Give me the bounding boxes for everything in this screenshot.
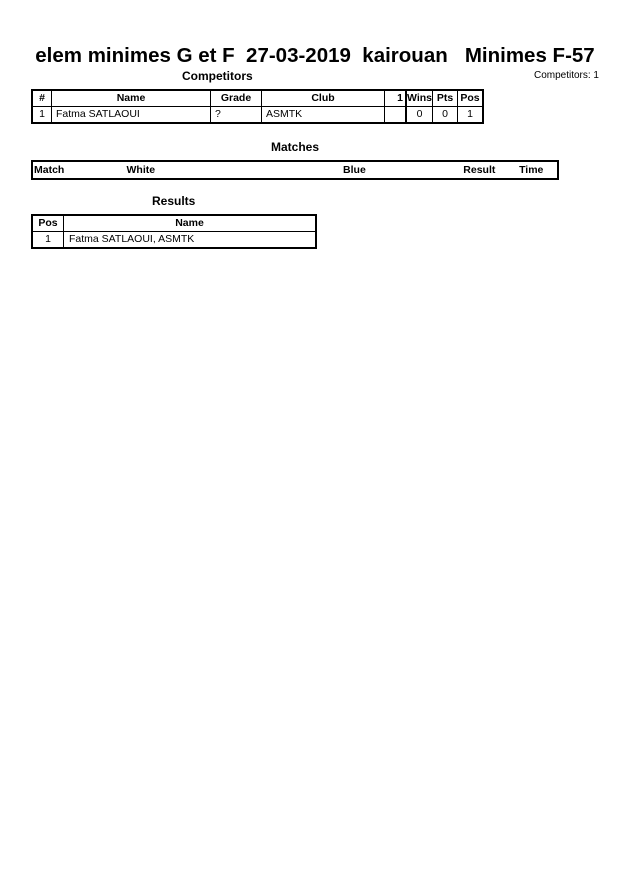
competitors-table: # Name Grade Club 1 Wins Pts Pos 1 Fatma…: [31, 89, 484, 124]
competitor-club: ASMTK: [262, 107, 385, 124]
col-pos: Pos: [32, 215, 64, 232]
col-match: Match: [32, 161, 127, 179]
col-index: #: [32, 90, 52, 107]
competitor-grade: ?: [211, 107, 262, 124]
col-white: White: [127, 161, 344, 179]
competitors-header-row: # Name Grade Club 1 Wins Pts Pos: [32, 90, 483, 107]
table-row: 1 Fatma SATLAOUI ? ASMTK 0 0 1: [32, 107, 483, 124]
results-table: Pos Name 1 Fatma SATLAOUI, ASMTK: [31, 214, 317, 249]
col-wins: Wins: [406, 90, 433, 107]
results-heading: Results: [152, 194, 195, 208]
col-blue: Blue: [343, 161, 463, 179]
col-result: Result: [463, 161, 519, 179]
results-header-row: Pos Name: [32, 215, 316, 232]
col-result-name: Name: [64, 215, 317, 232]
competitors-heading: Competitors: [182, 69, 253, 83]
matches-heading: Matches: [271, 140, 319, 154]
matches-header-row: Match White Blue Result Time: [32, 161, 558, 179]
competitor-points: 0: [433, 107, 458, 124]
result-position: 1: [32, 232, 64, 249]
competitor-position: 1: [458, 107, 484, 124]
competitor-index: 1: [32, 107, 52, 124]
col-points: Pts: [433, 90, 458, 107]
table-row: 1 Fatma SATLAOUI, ASMTK: [32, 232, 316, 249]
col-name: Name: [52, 90, 211, 107]
competitor-wins: 0: [406, 107, 433, 124]
competitor-round-1: [385, 107, 407, 124]
matches-table: Match White Blue Result Time: [31, 160, 559, 180]
col-position: Pos: [458, 90, 484, 107]
competitor-name: Fatma SATLAOUI: [52, 107, 211, 124]
col-time: Time: [519, 161, 558, 179]
competitors-count: Competitors: 1: [534, 70, 599, 81]
col-round-1: 1: [385, 90, 407, 107]
report-title: elem minimes G et F 27-03-2019 kairouan …: [0, 44, 630, 68]
result-name: Fatma SATLAOUI, ASMTK: [64, 232, 317, 249]
col-grade: Grade: [211, 90, 262, 107]
col-club: Club: [262, 90, 385, 107]
